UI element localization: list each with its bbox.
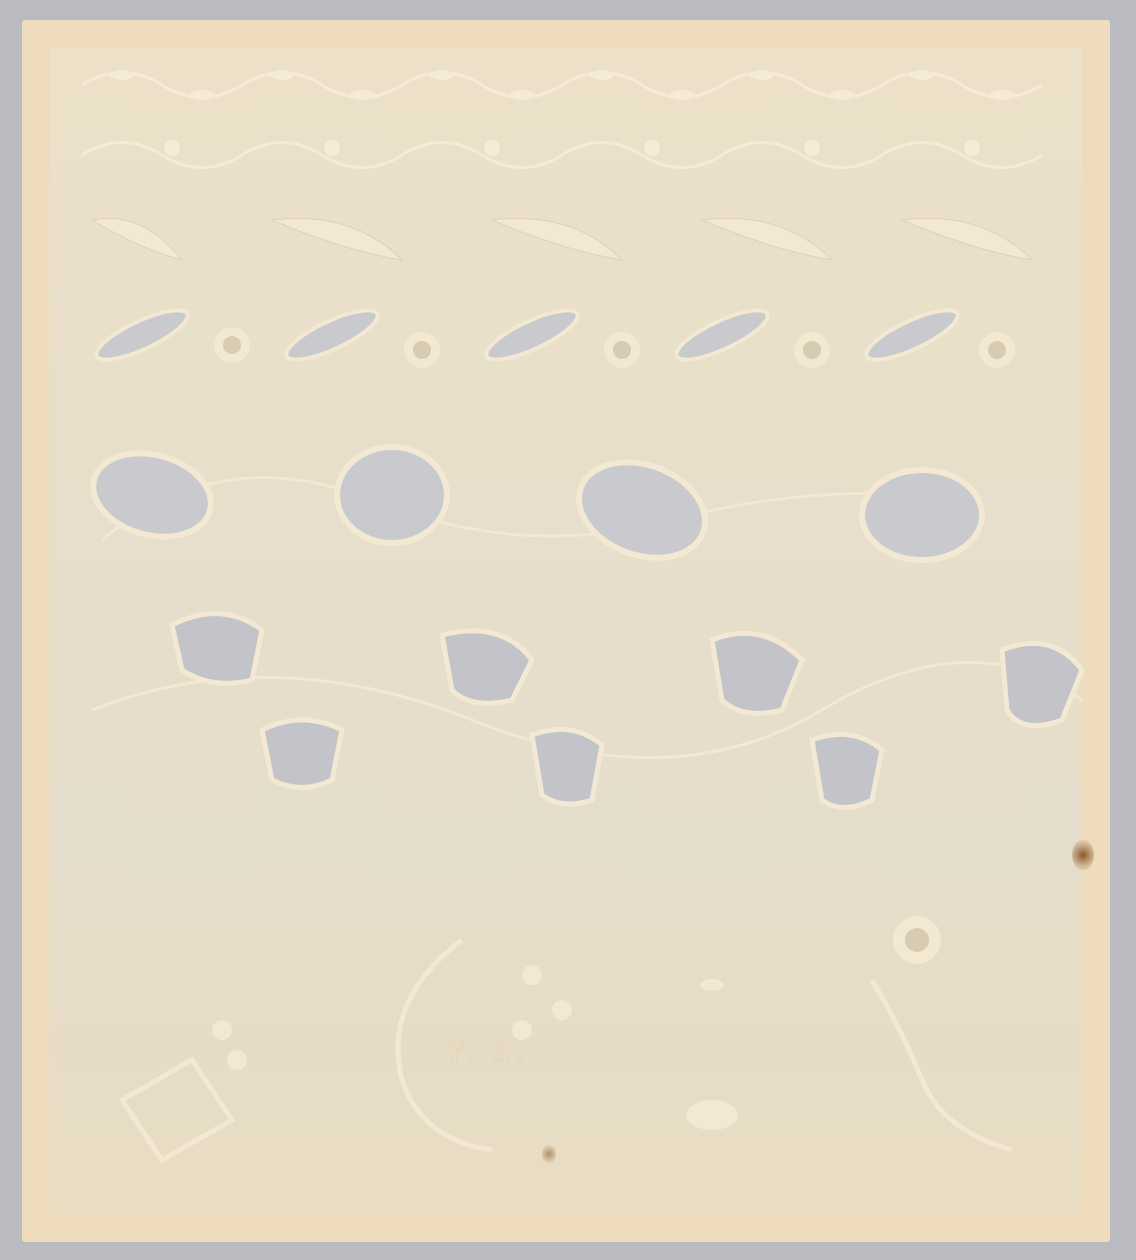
stain-spot (1072, 840, 1094, 870)
sampler-textile: Y. L. (22, 20, 1110, 1242)
embroidered-initials: Y. L. (447, 1035, 530, 1069)
embroidery-pattern (22, 20, 1110, 1242)
stain-spot (542, 1145, 556, 1163)
